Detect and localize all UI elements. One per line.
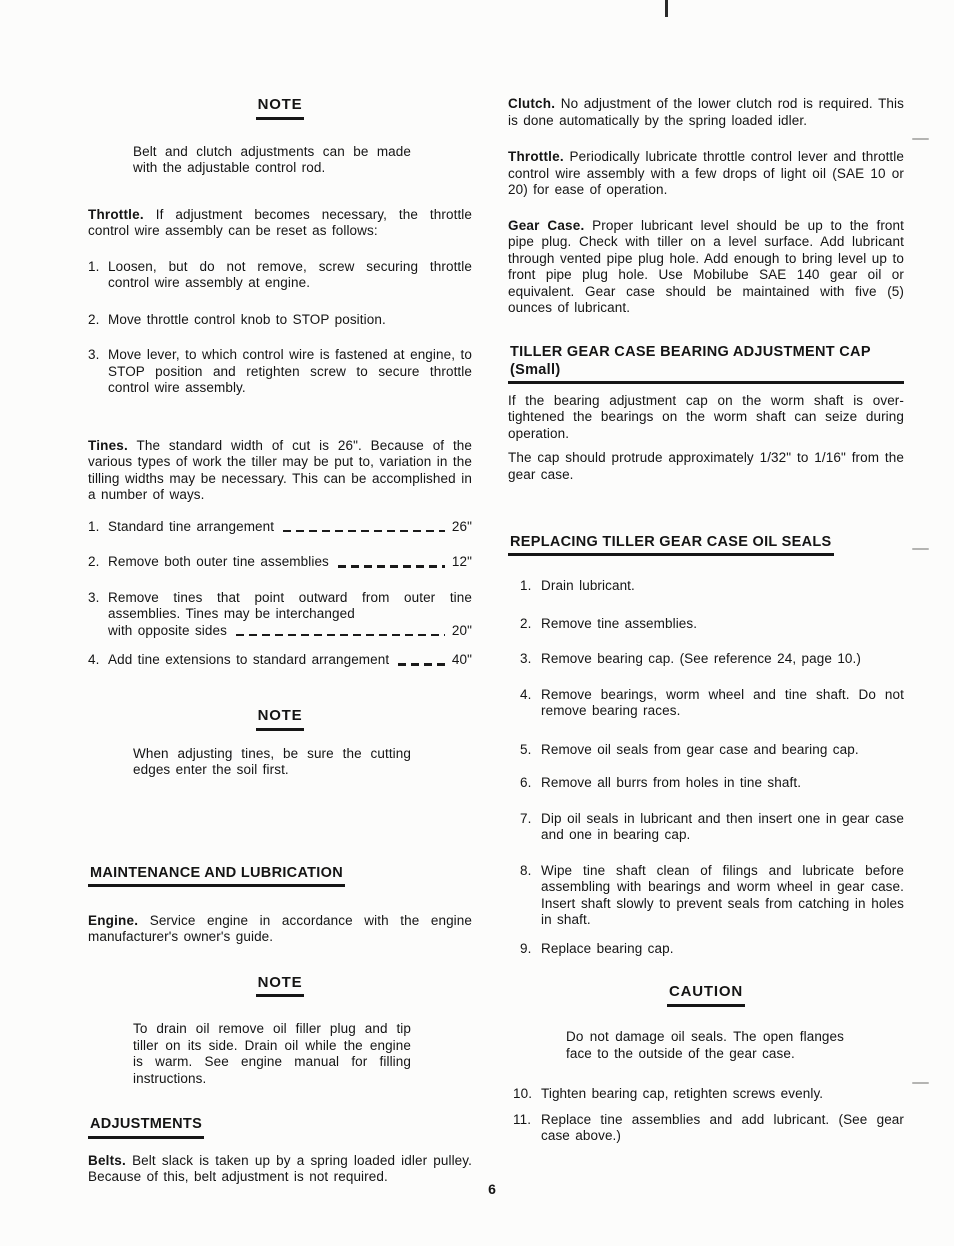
maintenance-heading-wrap: MAINTENANCE AND LUBRICATION xyxy=(88,864,472,887)
note-heading: NOTE xyxy=(256,707,305,731)
list-item: 3. Move lever, to which control wire is … xyxy=(88,347,472,397)
belts-text: Belt slack is taken up by a spring loade… xyxy=(88,1153,472,1185)
list-item: 7. Dip oil seals in lubricant and then i… xyxy=(508,811,904,844)
tine-option: 3. Remove tines that point outward from … xyxy=(88,590,472,640)
list-item: 1. Loosen, but do not remove, screw secu… xyxy=(88,259,472,292)
tines-lead: Tines. xyxy=(88,438,128,453)
belts-paragraph: Belts. Belt slack is taken up by a sprin… xyxy=(88,1153,472,1186)
tine-option: 1. Standard tine arrangement 26" xyxy=(88,519,472,536)
list-item: 9. Replace bearing cap. xyxy=(508,941,904,958)
list-item: 11. Replace tine assemblies and add lubr… xyxy=(508,1112,904,1145)
engine-paragraph: Engine. Service engine in accordance wit… xyxy=(88,913,472,946)
throttle-text: If adjustment becomes necessary, the thr… xyxy=(88,207,472,239)
list-item: 8. Wipe tine shaft clean of filings and … xyxy=(508,863,904,929)
caution-heading-wrap: CAUTION xyxy=(508,983,904,1007)
note-heading-wrap: NOTE xyxy=(88,974,472,998)
bearing-cap-heading: TILLER GEAR CASE BEARING ADJUSTMENT CAP … xyxy=(508,343,904,384)
throttle-lube-paragraph: Throttle. Periodically lubricate throttl… xyxy=(508,149,904,199)
dash-leader xyxy=(236,634,445,637)
bearing-cap-paragraph-1: If the bearing adjustment cap on the wor… xyxy=(508,393,904,443)
throttle-lube-lead: Throttle. xyxy=(508,149,564,164)
gear-case-paragraph: Gear Case. Proper lubricant level should… xyxy=(508,218,904,317)
scan-artifact-dash xyxy=(912,1082,929,1084)
note-heading: NOTE xyxy=(256,974,305,998)
tines-text: The standard width of cut is 26". Becaus… xyxy=(88,438,472,503)
dash-leader xyxy=(398,663,445,666)
list-item: 2. Remove tine assemblies. xyxy=(508,616,904,633)
adjustments-heading: ADJUSTMENTS xyxy=(88,1115,204,1138)
throttle-lube-text: Periodically lubricate throttle control … xyxy=(508,149,904,197)
tine-option: 4. Add tine extensions to standard arran… xyxy=(88,652,472,669)
dash-leader xyxy=(283,530,445,533)
clutch-lead: Clutch. xyxy=(508,96,555,111)
list-item: 2. Move throttle control knob to STOP po… xyxy=(88,312,472,329)
bearing-cap-heading-wrap: TILLER GEAR CASE BEARING ADJUSTMENT CAP … xyxy=(508,343,904,384)
page-number: 6 xyxy=(480,1181,504,1197)
bearing-cap-paragraph-2: The cap should protrude approximately 1/… xyxy=(508,450,904,483)
list-item: 6. Remove all burrs from holes in tine s… xyxy=(508,775,904,792)
list-item: 1. Drain lubricant. xyxy=(508,578,904,595)
manual-page: NOTE Belt and clutch adjustments can be … xyxy=(0,0,954,1246)
note-heading-wrap: NOTE xyxy=(88,96,472,120)
belts-lead: Belts. xyxy=(88,1153,126,1168)
note-paragraph: When adjusting tines, be sure the cuttin… xyxy=(133,746,411,779)
tine-option: 2. Remove both outer tine assemblies 12" xyxy=(88,554,472,571)
note-heading-wrap: NOTE xyxy=(88,707,472,731)
gear-case-lead: Gear Case. xyxy=(508,218,584,233)
dash-leader xyxy=(338,565,445,568)
oil-seals-heading: REPLACING TILLER GEAR CASE OIL SEALS xyxy=(508,533,834,556)
list-item: 10. Tighten bearing cap, retighten screw… xyxy=(508,1086,904,1103)
list-item: 3. Remove bearing cap. (See reference 24… xyxy=(508,651,904,668)
engine-lead: Engine. xyxy=(88,913,138,928)
clutch-paragraph: Clutch. No adjustment of the lower clutc… xyxy=(508,96,904,129)
throttle-lead: Throttle. xyxy=(88,207,144,222)
maintenance-heading: MAINTENANCE AND LUBRICATION xyxy=(88,864,345,887)
scan-artifact-dash xyxy=(912,548,929,550)
caution-heading: CAUTION xyxy=(667,983,745,1007)
caution-paragraph: Do not damage oil seals. The open flange… xyxy=(566,1029,844,1062)
list-item: 4. Remove bearings, worm wheel and tine … xyxy=(508,687,904,720)
adjustments-heading-wrap: ADJUSTMENTS xyxy=(88,1115,472,1138)
list-item: 5. Remove oil seals from gear case and b… xyxy=(508,742,904,759)
engine-text: Service engine in accordance with the en… xyxy=(88,913,472,945)
right-column: Clutch. No adjustment of the lower clutc… xyxy=(508,90,904,1145)
left-column: NOTE Belt and clutch adjustments can be … xyxy=(88,90,472,1186)
scan-artifact-tick xyxy=(665,0,668,17)
note-heading: NOTE xyxy=(256,96,305,120)
clutch-text: No adjustment of the lower clutch rod is… xyxy=(508,96,904,128)
scan-artifact-dash xyxy=(912,138,929,140)
tines-paragraph: Tines. The standard width of cut is 26".… xyxy=(88,438,472,504)
throttle-paragraph: Throttle. If adjustment becomes necessar… xyxy=(88,207,472,240)
note-paragraph: Belt and clutch adjustments can be made … xyxy=(133,144,411,177)
oil-seals-heading-wrap: REPLACING TILLER GEAR CASE OIL SEALS xyxy=(508,533,904,556)
note-paragraph: To drain oil remove oil filler plug and … xyxy=(133,1021,411,1087)
